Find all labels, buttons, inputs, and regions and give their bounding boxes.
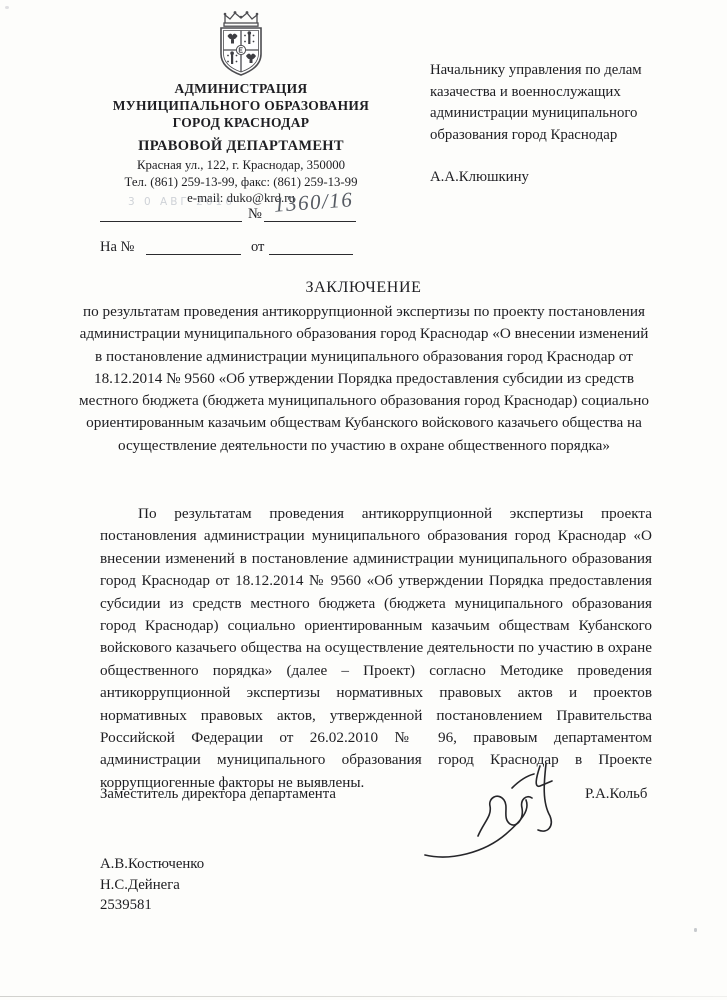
scan-bottom-edge [0, 996, 727, 997]
scan-artifact [694, 928, 697, 932]
incoming-date-blank-line [269, 237, 353, 255]
addressee-name: А.А.Клюшкину [430, 167, 700, 189]
letterhead: АДМИНИСТРАЦИЯ МУНИЦИПАЛЬНОГО ОБРАЗОВАНИЯ… [86, 10, 396, 207]
executor-phone: 2539581 [100, 895, 204, 916]
date-blank-line [100, 204, 242, 222]
body-paragraph: По результатам проведения антикоррупцион… [100, 503, 652, 794]
document-title: ЗАКЛЮЧЕНИЕ [0, 279, 727, 297]
coat-of-arms-icon [86, 10, 396, 80]
number-label: № [248, 206, 262, 223]
org-name-line1: АДМИНИСТРАЦИЯ [86, 80, 396, 97]
na-number-label: На № [100, 239, 134, 256]
document-subtitle: по результатам проведения антикоррупцион… [78, 301, 650, 457]
scan-artifact [5, 6, 9, 9]
letterhead-address: Красная ул., 122, г. Краснодар, 350000 [86, 157, 396, 174]
addressee-text: Начальнику управления по делам казачеств… [430, 60, 700, 146]
executors-block: А.В.Костюченко Н.С.Дейнега 2539581 [100, 854, 204, 916]
handwritten-signature-icon [422, 758, 572, 863]
scanned-letter-page: АДМИНИСТРАЦИЯ МУНИЦИПАЛЬНОГО ОБРАЗОВАНИЯ… [0, 0, 727, 1000]
incoming-number-blank-line [146, 237, 241, 255]
org-name-line3: ГОРОД КРАСНОДАР [86, 114, 396, 131]
ot-label: от [251, 239, 264, 256]
signer-name: Р.А.Кольб [585, 786, 647, 803]
executor-name-2: Н.С.Дейнега [100, 875, 204, 896]
department-name: ПРАВОВОЙ ДЕПАРТАМЕНТ [86, 137, 396, 155]
org-name-line2: МУНИЦИПАЛЬНОГО ОБРАЗОВАНИЯ [86, 97, 396, 114]
addressee-block: Начальнику управления по делам казачеств… [430, 60, 700, 189]
signer-position: Заместитель директора департамента [100, 786, 336, 803]
executor-name-1: А.В.Костюченко [100, 854, 204, 875]
